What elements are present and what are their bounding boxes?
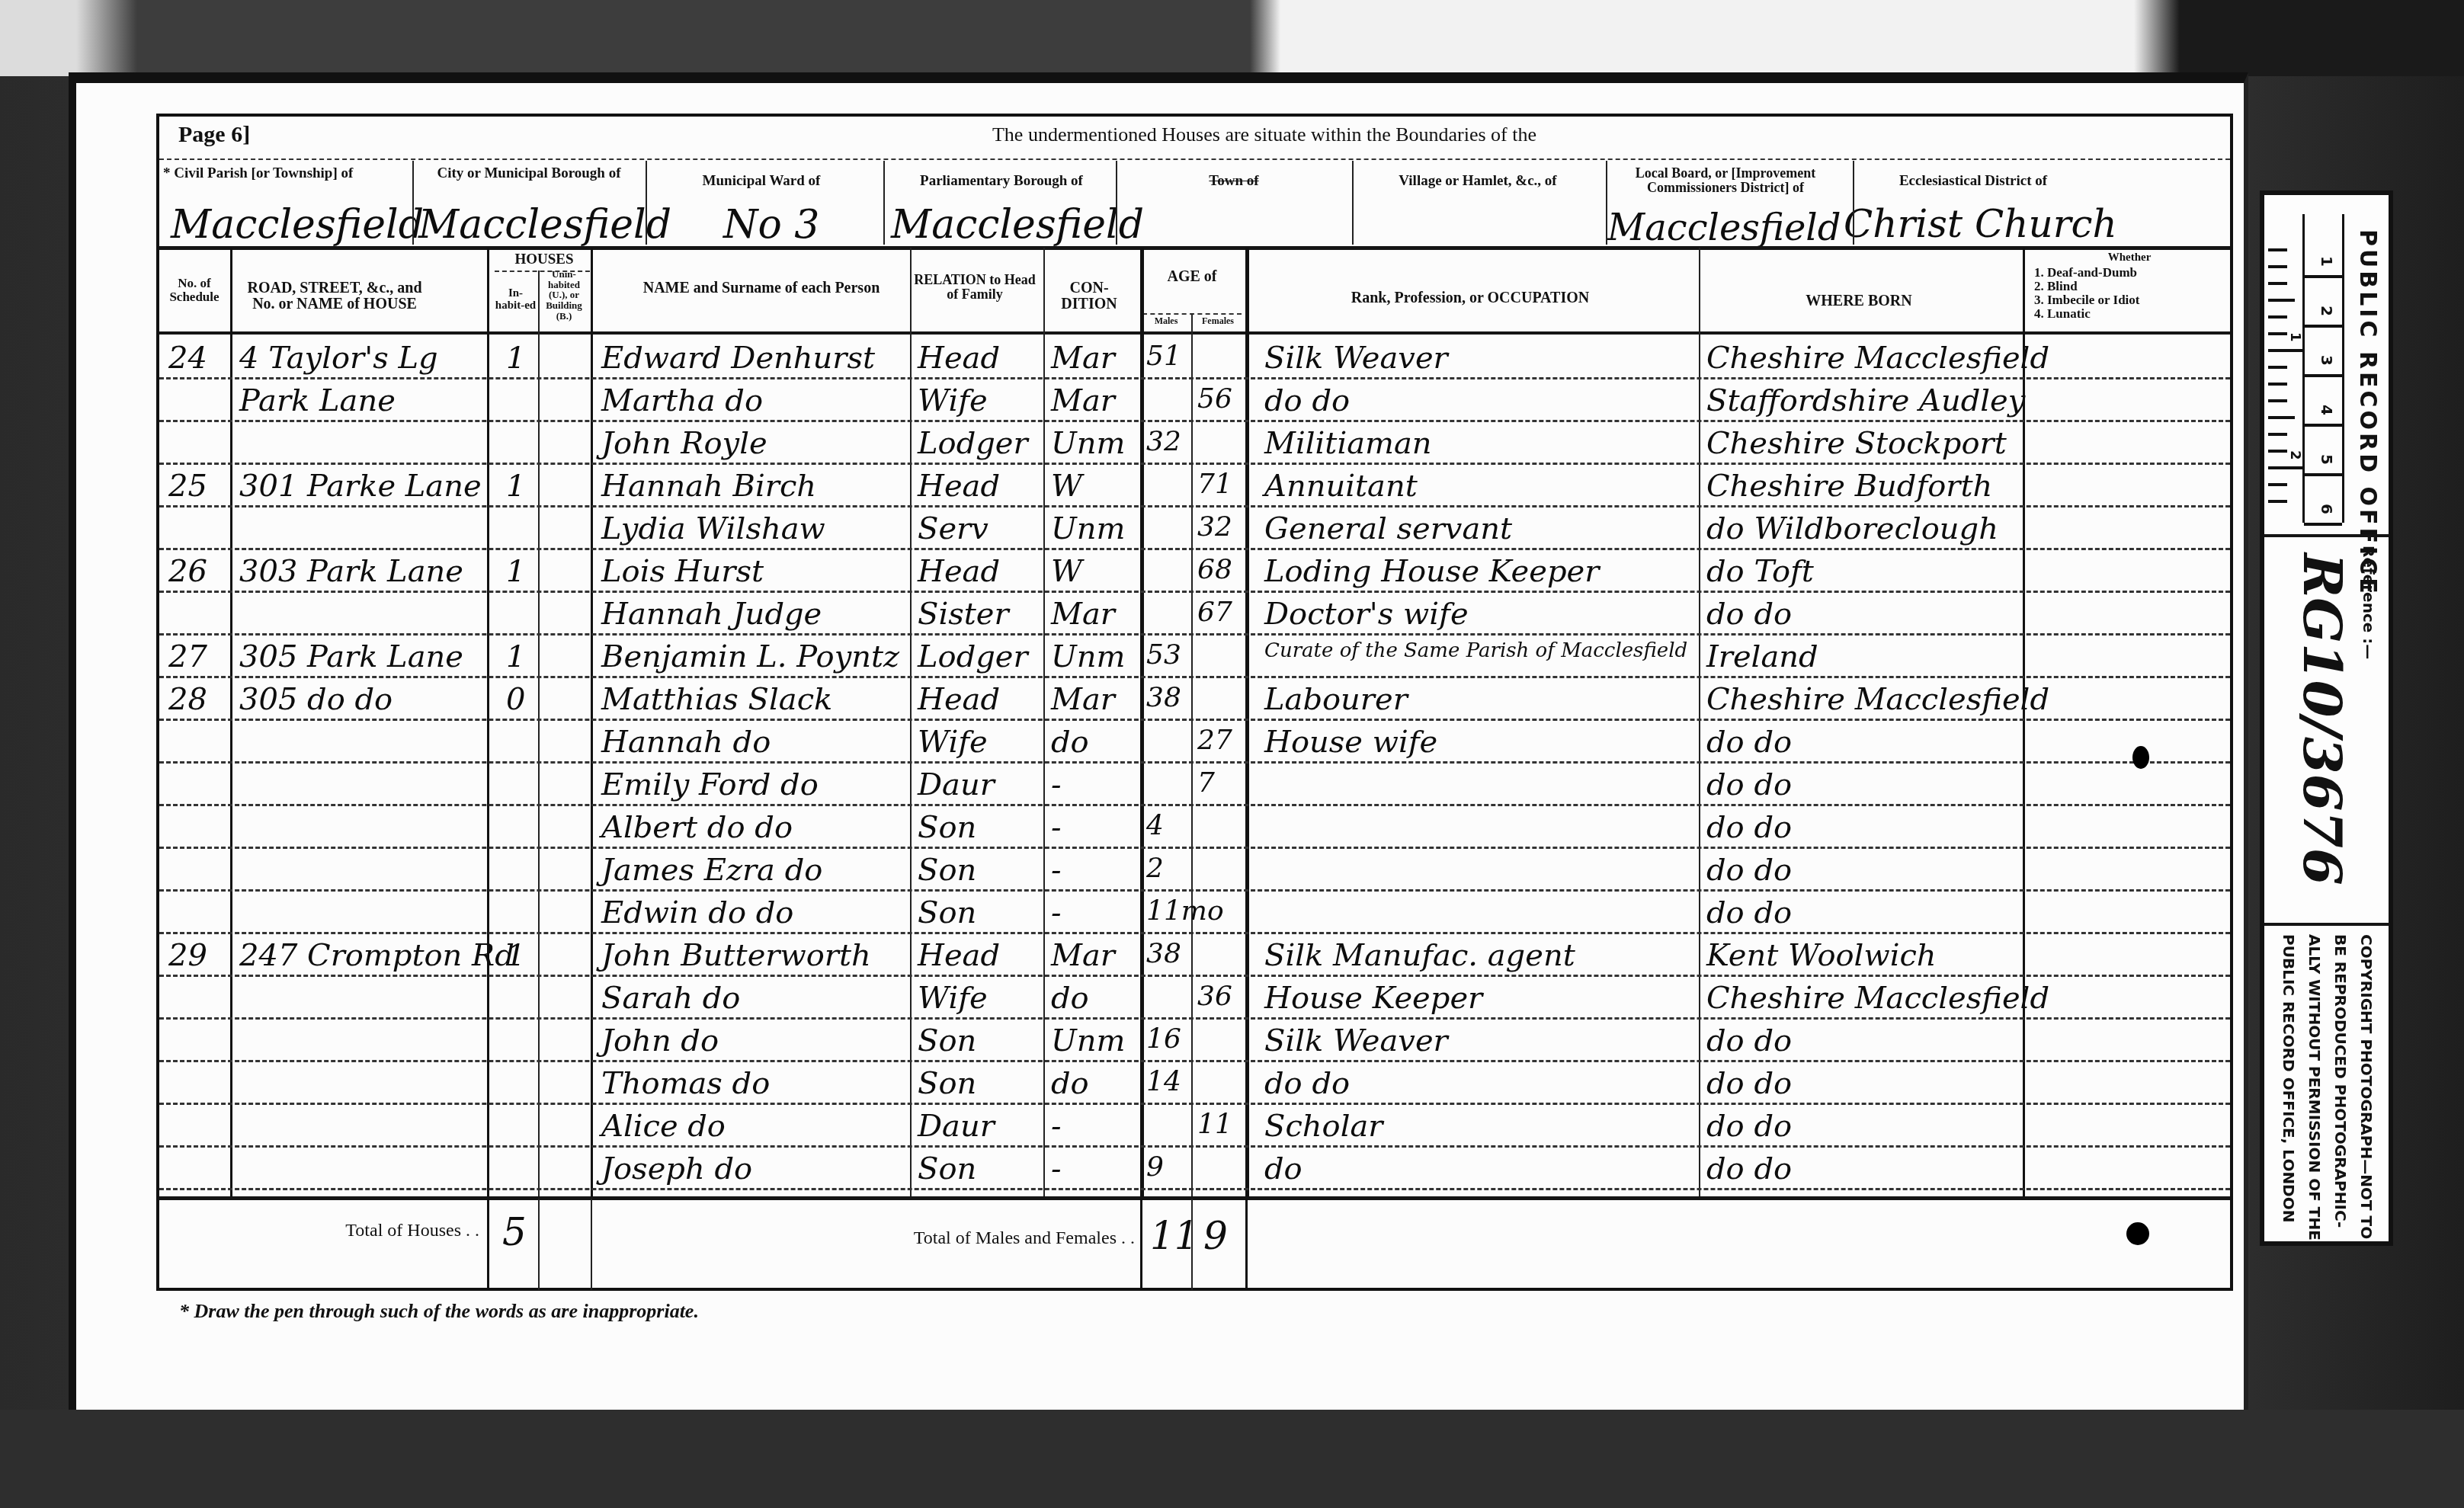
page-heading: The undermentioned Houses are situate wi…: [807, 124, 1722, 145]
copyright-line: BE REPRODUCED PHOTOGRAPHIC-: [2331, 934, 2350, 1228]
row-condition: W: [1051, 554, 1082, 589]
row-inhabited: 1: [506, 554, 525, 589]
boundary-label-parish: * Civil Parish [or Township] of: [163, 166, 407, 181]
row-condition: -: [1051, 767, 1062, 802]
whether-item: 3. Imbecile or Idiot: [2034, 293, 2232, 307]
boundary-value-parliamentary: Macclesfield: [891, 202, 1144, 248]
row-name: Edwin do do: [601, 895, 793, 930]
col-header-condition: CON-DITION: [1047, 280, 1131, 312]
table-row: 29247 Crompton Rd1John ButterworthHeadMa…: [159, 935, 2230, 978]
col-header-males: Males: [1142, 316, 1190, 326]
row-occupation: Loding House Keeper: [1264, 554, 1599, 589]
scan-background-bottom: [0, 1410, 2464, 1508]
table-row: Edwin do doSon-11modo do: [159, 892, 2230, 935]
row-relation: Head: [918, 341, 1000, 376]
column-line: [538, 1199, 540, 1290]
divider: [646, 161, 647, 245]
boundary-label-ecclesiastical: Ecclesiastical District of: [1859, 174, 2088, 189]
row-condition: Mar: [1051, 682, 1115, 717]
row-name: John do: [601, 1023, 719, 1058]
row-name: Joseph do: [601, 1151, 752, 1186]
row-name: Alice do: [601, 1109, 726, 1144]
row-relation: Daur: [918, 767, 995, 802]
col-header-houses: HOUSES: [498, 252, 590, 267]
column-line: [1245, 1199, 1248, 1290]
boundary-label-local-board: Local Board, or [Improvement Commissione…: [1611, 166, 1840, 195]
table-row: Lydia WilshawServUnm32General servantdo …: [159, 508, 2230, 551]
row-relation: Lodger: [918, 426, 1028, 461]
reference-value: RG10/3676: [2291, 553, 2354, 885]
page-number: Page 6]: [178, 123, 250, 147]
ink-blot: [2132, 746, 2149, 769]
row-condition: W: [1051, 469, 1082, 504]
table-row: Park LaneMartha doWifeMar56do doStafford…: [159, 380, 2230, 423]
col-header-born: WHERE BORN: [1699, 293, 2019, 309]
table-row: Alice doDaur-11Scholardo do: [159, 1106, 2230, 1148]
divider: [159, 158, 2230, 160]
row-road: 305 Park Lane: [239, 639, 463, 674]
row-name: Hannah Birch: [601, 469, 816, 504]
row-occupation: General servant: [1264, 511, 1512, 546]
row-condition: do: [1051, 725, 1089, 760]
row-relation: Son: [918, 810, 976, 845]
row-schedule: 28: [168, 682, 207, 717]
boundary-label-borough: City or Municipal Borough of: [415, 166, 643, 181]
divider: [1853, 161, 1854, 245]
boundary-label-town: Town of: [1120, 174, 1348, 189]
row-occupation: do do: [1264, 383, 1350, 418]
row-occupation: Doctor's wife: [1264, 597, 1469, 632]
row-age-male: 38: [1146, 682, 1181, 713]
row-age-male: 38: [1146, 938, 1181, 969]
row-birthplace: do do: [1706, 1109, 1792, 1144]
row-condition: Mar: [1051, 938, 1115, 973]
boundary-label-ward: Municipal Ward of: [647, 174, 876, 189]
row-occupation: Annuitant: [1264, 469, 1418, 504]
row-occupation: do do: [1264, 1066, 1350, 1101]
row-age-male: 11mo: [1146, 895, 1224, 927]
divider: [495, 271, 590, 272]
row-birthplace: Staffordshire Audley: [1706, 383, 2025, 418]
table-row: 244 Taylor's Lg1Edward DenhurstHeadMar51…: [159, 338, 2230, 380]
row-occupation: Labourer: [1264, 682, 1408, 717]
col-header-females: Females: [1193, 316, 1243, 326]
row-road: Park Lane: [239, 383, 396, 418]
row-birthplace: Cheshire Stockport: [1706, 426, 2007, 461]
row-birthplace: Kent Woolwich: [1706, 938, 1937, 973]
row-age-female: 56: [1197, 383, 1232, 415]
row-condition: -: [1051, 895, 1062, 930]
col-header-inhabited: In-habit-ed: [495, 288, 537, 312]
table-row: 28305 do do0Matthias SlackHeadMar38Labou…: [159, 679, 2230, 722]
row-name: John Royle: [601, 426, 767, 461]
row-condition: -: [1051, 853, 1062, 888]
row-road: 305 do do: [239, 682, 393, 717]
row-condition: Unm: [1051, 639, 1125, 674]
row-age-male: 53: [1146, 639, 1181, 671]
divider: [883, 161, 885, 245]
stamp-ruler: 1 2 3 4 5 6 1 2: [2264, 210, 2379, 530]
row-relation: Wife: [918, 383, 988, 418]
ink-blot: [2126, 1222, 2149, 1245]
col-header-occupation: Rank, Profession, or OCCUPATION: [1257, 290, 1684, 306]
row-name: Sarah do: [601, 981, 740, 1016]
col-header-schedule: No. of Schedule: [161, 277, 228, 304]
table-row: Albert do doSon-4do do: [159, 807, 2230, 850]
row-birthplace: do do: [1706, 725, 1792, 760]
row-road: 301 Parke Lane: [239, 469, 482, 504]
row-birthplace: do do: [1706, 853, 1792, 888]
row-birthplace: do do: [1706, 895, 1792, 930]
row-inhabited: 1: [506, 639, 525, 674]
row-condition: -: [1051, 810, 1062, 845]
total-persons-label: Total of Males and Females . .: [799, 1229, 1135, 1248]
row-road: 247 Crompton Rd: [239, 938, 514, 973]
census-page: Page 6] The undermentioned Houses are si…: [69, 72, 2248, 1410]
row-inhabited: 0: [506, 682, 525, 717]
col-header-whether-list: 1. Deaf-and-Dumb 2. Blind 3. Imbecile or…: [2034, 266, 2232, 320]
scale-number: 6: [2318, 504, 2336, 514]
row-name: Lois Hurst: [601, 554, 764, 589]
row-birthplace: do do: [1706, 1023, 1792, 1058]
row-inhabited: 1: [506, 938, 525, 973]
divider: [159, 331, 2230, 335]
row-inhabited: 1: [506, 469, 525, 504]
row-inhabited: 1: [506, 341, 525, 376]
row-age-female: 68: [1197, 554, 1232, 585]
scale-number: 1: [2318, 256, 2336, 267]
table-row: Hannah JudgeSisterMar67Doctor's wifedo d…: [159, 594, 2230, 636]
divider: [159, 246, 2230, 250]
row-age-female: 11: [1197, 1109, 1232, 1140]
row-condition: -: [1051, 1109, 1062, 1144]
divider: [1352, 161, 1354, 245]
col-header-name: NAME and Surname of each Person: [617, 280, 906, 296]
row-age-male: 9: [1146, 1151, 1164, 1183]
row-condition: Unm: [1051, 426, 1125, 461]
row-relation: Daur: [918, 1109, 995, 1144]
boundary-label-village: Village or Hamlet, &c., of: [1363, 174, 1592, 189]
row-birthplace: do do: [1706, 767, 1792, 802]
row-condition: Mar: [1051, 341, 1115, 376]
whether-item: 2. Blind: [2034, 280, 2232, 293]
row-occupation: Scholar: [1264, 1109, 1383, 1144]
copyright-notice: COPYRIGHT PHOTOGRAPH—NOT TO BE REPRODUCE…: [2272, 930, 2386, 1235]
row-name: Martha do: [601, 383, 763, 418]
table-row: James Ezra doSon-2do do: [159, 850, 2230, 892]
divider: [1116, 161, 1117, 245]
total-females-value: 9: [1203, 1214, 1228, 1258]
row-age-male: 32: [1146, 426, 1181, 457]
boundary-label-parliamentary: Parliamentary Borough of: [887, 174, 1116, 189]
row-condition: Mar: [1051, 383, 1115, 418]
row-age-female: 71: [1197, 469, 1232, 500]
row-age-female: 32: [1197, 511, 1232, 543]
row-condition: do: [1051, 981, 1089, 1016]
row-relation: Head: [918, 938, 1000, 973]
row-birthplace: Cheshire Macclesfield: [1706, 981, 2049, 1016]
table-row: Hannah doWifedo27House wifedo do: [159, 722, 2230, 764]
inch-number: 2: [2287, 450, 2303, 460]
table-row: Joseph doSon-9dodo do: [159, 1148, 2230, 1191]
column-line: [487, 1199, 489, 1290]
row-condition: -: [1051, 1151, 1062, 1186]
row-occupation: Curate of the Same Parish of Macclesfiel…: [1264, 639, 1687, 662]
row-occupation: do: [1264, 1151, 1302, 1186]
inch-number: 1: [2287, 332, 2303, 342]
total-houses-value: 5: [502, 1210, 527, 1254]
row-schedule: 27: [168, 639, 207, 674]
total-houses-label: Total of Houses . .: [236, 1221, 479, 1241]
row-birthplace: do do: [1706, 597, 1792, 632]
table-row: Sarah doWifedo36House KeeperCheshire Mac…: [159, 978, 2230, 1020]
row-name: Hannah Judge: [601, 597, 822, 632]
col-header-relation: RELATION to Head of Family: [914, 273, 1036, 302]
row-age-female: 36: [1197, 981, 1232, 1012]
row-occupation: Silk Weaver: [1264, 1023, 1448, 1058]
row-age-male: 14: [1146, 1066, 1181, 1097]
boundary-value-local-board: Macclesfield: [1607, 207, 1841, 249]
divider: [412, 161, 414, 245]
row-occupation: House wife: [1264, 725, 1437, 760]
reference-label: Reference :—: [2360, 546, 2378, 659]
row-age-male: 2: [1146, 853, 1164, 884]
table-row: 25301 Parke Lane1Hannah BirchHeadW71Annu…: [159, 466, 2230, 508]
census-form: Page 6] The undermentioned Houses are si…: [156, 114, 2233, 1291]
col-header-whether: Whether: [2034, 252, 2225, 264]
row-age-female: 27: [1197, 725, 1232, 756]
row-relation: Serv: [918, 511, 988, 546]
row-condition: Unm: [1051, 1023, 1125, 1058]
row-birthplace: do do: [1706, 810, 1792, 845]
column-line: [1140, 1199, 1142, 1290]
row-condition: do: [1051, 1066, 1089, 1101]
row-relation: Son: [918, 1023, 976, 1058]
row-relation: Head: [918, 682, 1000, 717]
row-name: Edward Denhurst: [601, 341, 875, 376]
row-relation: Son: [918, 853, 976, 888]
row-relation: Son: [918, 895, 976, 930]
row-relation: Wife: [918, 725, 988, 760]
row-birthplace: Ireland: [1706, 639, 1818, 674]
row-schedule: 26: [168, 554, 207, 589]
row-road: 303 Park Lane: [239, 554, 463, 589]
boundary-value-parish: Macclesfield: [171, 202, 424, 248]
copyright-line: PUBLIC RECORD OFFICE, LONDON: [2280, 934, 2298, 1222]
row-relation: Lodger: [918, 639, 1028, 674]
row-schedule: 25: [168, 469, 207, 504]
row-occupation: Militiaman: [1264, 426, 1432, 461]
row-birthplace: do Toft: [1706, 554, 1814, 589]
row-schedule: 24: [168, 341, 207, 376]
row-age-female: 7: [1197, 767, 1215, 799]
row-age-male: 4: [1146, 810, 1164, 841]
row-name: Benjamin L. Poyntz: [601, 639, 899, 674]
divider: [159, 1196, 2230, 1200]
table-row: 26303 Park Lane1Lois HurstHeadW68Loding …: [159, 551, 2230, 594]
row-birthplace: Cheshire Macclesfield: [1706, 341, 2049, 376]
whether-item: 4. Lunatic: [2034, 307, 2232, 321]
scale-number: 3: [2318, 355, 2336, 366]
row-name: Hannah do: [601, 725, 771, 760]
row-birthplace: Cheshire Budforth: [1706, 469, 1992, 504]
row-relation: Son: [918, 1066, 976, 1101]
row-road: 4 Taylor's Lg: [239, 341, 438, 376]
table-row: John doSonUnm16Silk Weaverdo do: [159, 1020, 2230, 1063]
table-row: John RoyleLodgerUnm32MilitiamanCheshire …: [159, 423, 2230, 466]
public-record-office-stamp: PUBLIC RECORD OFFICE 1 2 3 4 5 6 1 2: [2260, 191, 2393, 1246]
table-row: Thomas doSondo14do dodo do: [159, 1063, 2230, 1106]
row-schedule: 29: [168, 938, 207, 973]
row-occupation: Silk Manufac. agent: [1264, 938, 1575, 973]
row-occupation: House Keeper: [1264, 981, 1482, 1016]
row-relation: Wife: [918, 981, 988, 1016]
row-name: Matthias Slack: [601, 682, 832, 717]
row-relation: Head: [918, 554, 1000, 589]
boundary-value-borough: Macclesfield: [418, 202, 671, 248]
row-condition: Unm: [1051, 511, 1125, 546]
copyright-line: ALLY WITHOUT PERMISSION OF THE: [2305, 934, 2324, 1241]
row-name: Emily Ford do: [601, 767, 819, 802]
copyright-line: COPYRIGHT PHOTOGRAPH—NOT TO: [2357, 934, 2376, 1239]
col-header-age: AGE of: [1142, 269, 1242, 285]
row-name: Thomas do: [601, 1066, 770, 1101]
boundary-value-ecclesiastical: Christ Church: [1844, 202, 2117, 246]
row-age-male: 16: [1146, 1023, 1181, 1055]
scale-number: 4: [2318, 405, 2336, 415]
row-name: Lydia Wilshaw: [601, 511, 825, 546]
row-name: James Ezra do: [601, 853, 822, 888]
row-age-female: 67: [1197, 597, 1232, 628]
column-line: [591, 1199, 592, 1290]
scan-background-top: [0, 0, 2464, 76]
row-birthplace: do do: [1706, 1066, 1792, 1101]
row-relation: Son: [918, 1151, 976, 1186]
col-header-road: ROAD, STREET, &c., and No. or NAME of HO…: [236, 280, 434, 312]
table-row: 27305 Park Lane1Benjamin L. PoyntzLodger…: [159, 636, 2230, 679]
boundary-value-ward: No 3: [723, 202, 819, 248]
row-condition: Mar: [1051, 597, 1115, 632]
divider: [1606, 161, 1607, 245]
row-birthplace: do Wildboreclough: [1706, 511, 1998, 546]
row-name: Albert do do: [601, 810, 793, 845]
scale-number: 2: [2318, 306, 2336, 316]
row-age-male: 51: [1146, 341, 1181, 372]
footnote: * Draw the pen through such of the words…: [179, 1301, 699, 1321]
row-relation: Head: [918, 469, 1000, 504]
col-header-uninhabited: Unin-habited (U.), or Building (B.): [540, 269, 588, 321]
whether-item: 1. Deaf-and-Dumb: [2034, 266, 2232, 280]
row-birthplace: Cheshire Macclesfield: [1706, 682, 2049, 717]
row-birthplace: do do: [1706, 1151, 1792, 1186]
row-name: John Butterworth: [601, 938, 871, 973]
row-occupation: Silk Weaver: [1264, 341, 1448, 376]
table-row: Emily Ford doDaur-7do do: [159, 764, 2230, 807]
scale-number: 5: [2318, 454, 2336, 465]
column-line: [1191, 1199, 1193, 1290]
row-relation: Sister: [918, 597, 1009, 632]
